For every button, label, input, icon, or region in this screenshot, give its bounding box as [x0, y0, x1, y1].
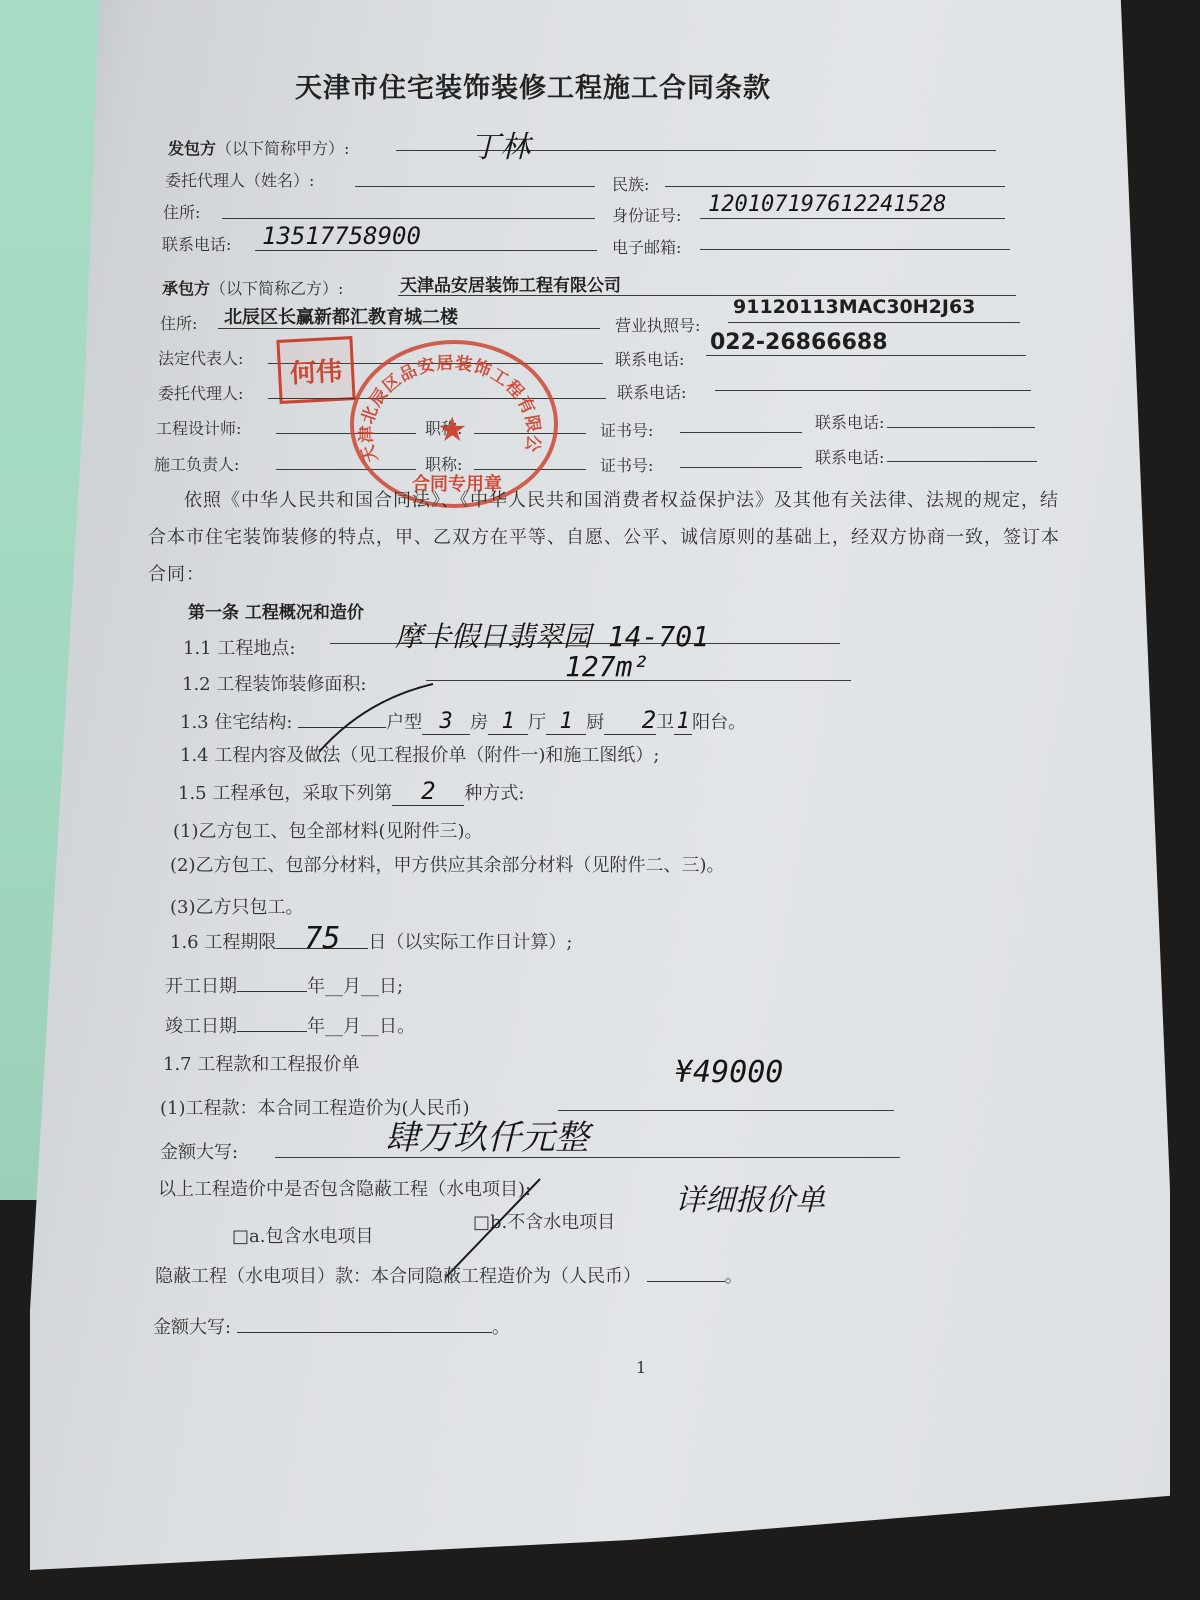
manager-label: 施工负责人:: [154, 452, 239, 475]
page-number: 1: [636, 1358, 646, 1377]
party-b-license-value: 91120113MAC30H2J63: [733, 296, 975, 318]
duration-row: 1.6 工程期限75日（以实际工作日计算）;: [170, 928, 572, 954]
contract-mode-label: 1.5 工程承包，采取下列第: [178, 783, 392, 804]
balconies-unit: 阳台。: [692, 712, 746, 733]
halls-value[interactable]: 1: [488, 709, 528, 735]
party-a-name: 丁林: [470, 122, 530, 166]
party-a-id-label: 身份证号:: [612, 203, 681, 226]
mode-option-3: (3)乙方只包工。: [170, 893, 304, 919]
contract-mode-value[interactable]: 2: [392, 777, 464, 806]
designer-cert-field[interactable]: [680, 432, 802, 433]
party-a-address-field[interactable]: [222, 218, 595, 219]
period-mark-2: 。: [492, 1317, 510, 1338]
baths-unit: 卫: [656, 712, 674, 733]
structure-row: 1.3 住宅结构: 户型3房1厅1厨2卫1阳台。: [180, 706, 746, 735]
party-a-ethnicity-field[interactable]: [665, 186, 1005, 187]
location-label: 1.1 工程地点:: [183, 634, 295, 660]
contract-document: 天津市住宅装饰装修工程施工合同条款 发包方（以下简称甲方）: 丁林 委托代理人（…: [0, 0, 1200, 1600]
kitchens-value[interactable]: 1: [546, 709, 586, 735]
manager-contact-label: 联系电话:: [815, 445, 884, 468]
party-a-phone-field[interactable]: [255, 250, 597, 251]
area-value: 127m²: [565, 650, 649, 683]
party-b-phone-field[interactable]: [706, 355, 1026, 356]
start-date-suffix: 年__月__日;: [307, 976, 403, 997]
party-b-label-row: 承包方（以下简称乙方）:: [162, 276, 343, 299]
baths-value[interactable]: 2: [604, 706, 656, 735]
duration-label: 1.6 工程期限: [170, 932, 276, 953]
end-date-row: 竣工日期年__月__日。: [165, 1012, 415, 1038]
structure-label: 1.3 住宅结构:: [180, 712, 292, 733]
start-date-label: 开工日期: [165, 976, 237, 997]
price-words-label: 金额大写:: [160, 1138, 238, 1164]
price-heading: 1.7 工程款和工程报价单: [163, 1050, 359, 1076]
manager-cert-field[interactable]: [680, 467, 802, 468]
party-a-email-label: 电子邮箱:: [612, 235, 681, 258]
location-value: 摩卡假日翡翠园 14-701: [395, 615, 709, 655]
party-b-phone-value: 022-26866688: [710, 330, 888, 355]
designer-cert-label: 证书号:: [600, 418, 653, 441]
party-b-license-field[interactable]: [728, 322, 1020, 323]
hidden-words-label: 金额大写:: [153, 1317, 231, 1338]
contract-mode-row: 1.5 工程承包，采取下列第2种方式:: [178, 777, 524, 806]
party-a-phone-label: 联系电话:: [162, 232, 231, 255]
halls-unit: 厅: [528, 712, 546, 733]
hidden-price-label: 隐蔽工程（水电项目）款：本合同隐蔽工程造价为（人民币）: [155, 1266, 641, 1287]
party-b-note: （以下简称乙方）:: [210, 279, 343, 298]
hidden-words-field[interactable]: [237, 1332, 492, 1333]
article1-heading: 第一条 工程概况和造价: [188, 598, 364, 623]
rooms-unit: 房: [470, 712, 488, 733]
party-b-label: 承包方: [162, 279, 210, 298]
end-date-suffix: 年__月__日。: [307, 1016, 415, 1037]
manager-cert-label: 证书号:: [600, 453, 653, 476]
party-a-ethnicity-label: 民族:: [612, 172, 649, 195]
preamble-text: 依照《中华人民共和国合同法》、《中华人民共和国消费者权益保护法》及其他有关法律、…: [148, 482, 1068, 593]
balconies-value[interactable]: 1: [674, 709, 692, 735]
document-title: 天津市住宅装饰装修工程施工合同条款: [295, 66, 771, 105]
mode-option-1: (1)乙方包工、包全部材料(见附件三)。: [173, 817, 483, 843]
legal-rep-name-seal: 何伟: [276, 336, 355, 404]
party-b-agent-phone-label: 联系电话:: [617, 380, 686, 403]
party-a-phone-value: 13517758900: [262, 222, 421, 250]
party-a-id-value: 120107197612241528: [708, 192, 946, 217]
hidden-option-a[interactable]: □a.包含水电项目: [232, 1222, 373, 1248]
contract-mode-suffix: 种方式:: [464, 783, 524, 804]
duration-suffix: 日（以实际工作日计算）;: [368, 932, 572, 953]
hidden-works-note: 详细报价单: [675, 1175, 825, 1219]
party-a-label: 发包方: [168, 139, 216, 158]
party-b-address-label: 住所:: [160, 311, 197, 334]
party-a-agent-label: 委托代理人（姓名）:: [165, 168, 314, 191]
party-b-legal-rep-label: 法定代表人:: [158, 346, 243, 369]
mode-option-2: (2)乙方包工、包部分材料，甲方供应其余部分材料（见附件二、三)。: [170, 851, 725, 877]
start-date-row: 开工日期年__月__日;: [165, 972, 403, 998]
structure-strike-mark: [315, 680, 445, 755]
price-value: ¥49000: [675, 1055, 783, 1090]
end-year-field[interactable]: [237, 1031, 307, 1032]
designer-contact-field[interactable]: [887, 427, 1035, 428]
party-b-license-label: 营业执照号:: [615, 313, 700, 336]
party-b-phone-label: 联系电话:: [615, 347, 684, 370]
hidden-words-row: 金额大写: 。: [153, 1313, 510, 1339]
duration-value[interactable]: 75: [276, 930, 368, 949]
end-date-label: 竣工日期: [165, 1016, 237, 1037]
party-b-address-value: 北辰区长赢新都汇教育城二楼: [224, 303, 458, 329]
party-a-id-field[interactable]: [700, 218, 1005, 219]
party-a-note: （以下简称甲方）:: [216, 139, 349, 158]
party-b-agent-label: 委托代理人:: [158, 381, 243, 404]
hidden-price-row: 隐蔽工程（水电项目）款：本合同隐蔽工程造价为（人民币） 。: [155, 1262, 743, 1288]
period-mark: 。: [725, 1266, 743, 1287]
party-a-label-row: 发包方（以下简称甲方）:: [168, 136, 349, 159]
start-year-field[interactable]: [237, 991, 307, 992]
price-words-value: 肆万玖仟元整: [385, 1110, 589, 1159]
designer-label: 工程设计师:: [156, 416, 241, 439]
price-field[interactable]: [558, 1110, 894, 1111]
manager-contact-field[interactable]: [887, 461, 1037, 462]
kitchens-unit: 厨: [586, 712, 604, 733]
designer-contact-label: 联系电话:: [815, 410, 884, 433]
hidden-price-field[interactable]: [647, 1281, 725, 1282]
party-a-address-label: 住所:: [163, 200, 200, 223]
party-a-agent-field[interactable]: [355, 186, 595, 187]
party-b-name: 天津品安居装饰工程有限公司: [400, 271, 621, 296]
party-a-email-field[interactable]: [700, 249, 1010, 250]
seal-star-icon: ★: [437, 410, 467, 450]
party-b-agent-phone-field[interactable]: [715, 390, 1031, 391]
